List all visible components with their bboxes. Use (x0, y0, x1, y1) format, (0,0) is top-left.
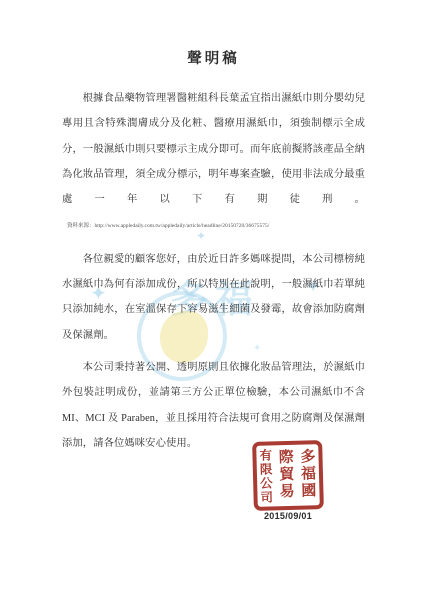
page-title: 聲明稿 (62, 48, 365, 70)
company-seal: 有限公司 際貿易 多福國 (252, 440, 324, 511)
seal-column-middle: 際貿易 (279, 449, 295, 501)
seal-column-right: 多福國 (300, 449, 316, 501)
document-date: 2015/09/01 (264, 511, 312, 521)
paragraph-text: 各位親愛的顧客您好，由於近日許多媽咪提問，本公司標榜純水濕紙巾為何有添加成份，所… (62, 254, 365, 341)
source-citation: 資料來源：http://www.appledaily.com.tw/appled… (67, 223, 269, 229)
paragraph-customer-explanation: 各位親愛的顧客您好，由於近日許多媽咪提問，本公司標榜純水濕紙巾為何有添加成份，所… (62, 247, 365, 348)
paragraph-regulation-summary: 根據食品藥物管理署醫粧組科長葉孟宜指出濕紙巾則分嬰幼兒專用且含特殊潤膚成分及化粧… (62, 86, 365, 240)
paragraph-text: 根據食品藥物管理署醫粧組科長葉孟宜指出濕紙巾則分嬰幼兒專用且含特殊潤膚成分及化粧… (62, 93, 365, 205)
paragraph-text: 本公司秉持著公開、透明原則且依據化妝品管理法，於濕紙巾外包裝註明成份，並請第三方… (62, 362, 365, 449)
document-body: 聲明稿 根據食品藥物管理署醫粧組科長葉孟宜指出濕紙巾則分嬰幼兒專用且含特殊潤膚成… (0, 0, 424, 456)
statement-document-page: ✦ ✦ ✦ ✦ 多福 聲明稿 根據食品藥物管理署醫粧組科長葉孟宜指出濕紙巾則分嬰… (0, 0, 424, 600)
seal-column-left: 有限公司 (259, 448, 273, 504)
